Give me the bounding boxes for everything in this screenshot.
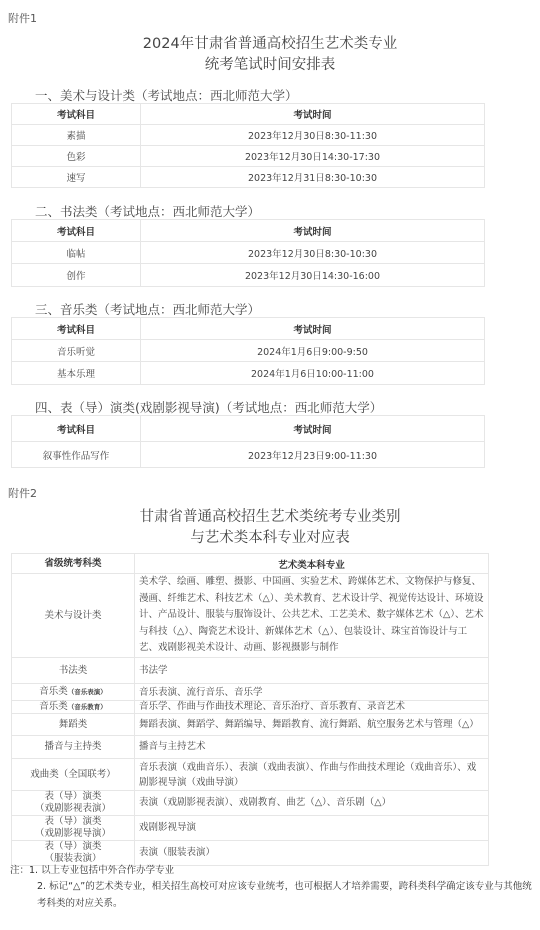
category-label: 戏曲类（全国联考） xyxy=(30,769,116,780)
time-cell: 2023年12月30日14:30-17:30 xyxy=(141,146,485,167)
majors-cell: 播音与主持艺术 xyxy=(135,736,489,759)
majors-cell: 舞蹈表演、舞蹈学、舞蹈编导、舞蹈教育、流行舞蹈、航空服务艺术与管理（△） xyxy=(135,714,489,736)
header-subject: 考试科目 xyxy=(12,318,141,340)
schedule-table-drama-directing: 考试科目 考试时间 叙事性作品写作 2023年12月23日9:00-11:30 xyxy=(11,415,485,468)
table-row: 舞蹈类 舞蹈表演、舞蹈学、舞蹈编导、舞蹈教育、流行舞蹈、航空服务艺术与管理（△） xyxy=(12,714,489,736)
subject-cell: 素描 xyxy=(12,125,141,146)
category-label: 舞蹈类 xyxy=(59,719,88,730)
subject-cell: 基本乐理 xyxy=(12,362,141,385)
category-cell: 美术与设计类 xyxy=(12,574,135,658)
subject-cell: 音乐听觉 xyxy=(12,340,141,362)
category-cell: 表（导）演类（服装表演） xyxy=(12,841,135,866)
table-row: 叙事性作品写作 2023年12月23日9:00-11:30 xyxy=(12,442,485,468)
header-subject: 考试科目 xyxy=(12,416,141,442)
schedule-table-fine-arts: 考试科目 考试时间 素描 2023年12月30日8:30-11:30 色彩 20… xyxy=(11,103,485,188)
majors-cell: 美术学、绘画、雕塑、摄影、中国画、实验艺术、跨媒体艺术、文物保护与修复、漫画、纤… xyxy=(135,574,489,658)
category-cell: 播音与主持类 xyxy=(12,736,135,759)
category-sub-label: （音乐教育） xyxy=(68,703,107,711)
majors-cell: 音乐表演（戏曲音乐）、表演（戏曲表演）、作曲与作曲技术理论（戏曲音乐）、戏剧影视… xyxy=(135,759,489,791)
time-cell: 2023年12月30日14:30-16:00 xyxy=(141,264,485,287)
section-heading-music: 三、音乐类（考试地点：西北师范大学） xyxy=(35,300,260,318)
attachment-2-label: 附件2 xyxy=(8,485,37,501)
category-label: 音乐类 xyxy=(39,701,68,712)
category-label: 表（导）演类 xyxy=(12,816,134,828)
majors-cell: 表演（服装表演） xyxy=(135,841,489,866)
category-label: 音乐类 xyxy=(39,686,68,697)
attachment-1-title-line-1: 2024年甘肃省普通高校招生艺术类专业 xyxy=(0,34,540,54)
subject-cell: 创作 xyxy=(12,264,141,287)
attachment-2-title-line-1: 甘肃省普通高校招生艺术类统考专业类别 xyxy=(0,507,540,527)
table-row: 创作 2023年12月30日14:30-16:00 xyxy=(12,264,485,287)
table-row: 表（导）演类（戏剧影视导演） 戏剧影视导演 xyxy=(12,816,489,841)
majors-cell: 表演（戏剧影视表演）、戏剧教育、曲艺（△）、音乐剧（△） xyxy=(135,791,489,816)
category-sub-label: （音乐表演） xyxy=(68,688,107,696)
category-label: 书法类 xyxy=(59,665,88,676)
header-time: 考试时间 xyxy=(141,220,485,242)
time-cell: 2024年1月6日9:00-9:50 xyxy=(141,340,485,362)
majors-cell: 音乐学、作曲与作曲技术理论、音乐治疗、音乐教育、录音艺术 xyxy=(135,701,489,714)
header-subject: 考试科目 xyxy=(12,104,141,125)
table-row: 播音与主持类 播音与主持艺术 xyxy=(12,736,489,759)
table-header-row: 考试科目 考试时间 xyxy=(12,220,485,242)
category-label: 表（导）演类 xyxy=(12,841,134,853)
table-row: 音乐类（音乐表演） 音乐表演、流行音乐、音乐学 xyxy=(12,684,489,701)
time-cell: 2023年12月30日8:30-11:30 xyxy=(141,125,485,146)
schedule-table-music: 考试科目 考试时间 音乐听觉 2024年1月6日9:00-9:50 基本乐理 2… xyxy=(11,317,485,385)
time-cell: 2024年1月6日10:00-11:00 xyxy=(141,362,485,385)
majors-cell: 戏剧影视导演 xyxy=(135,816,489,841)
table-row: 基本乐理 2024年1月6日10:00-11:00 xyxy=(12,362,485,385)
major-mapping-table: 省级统考科类 艺术类本科专业 美术与设计类 美术学、绘画、雕塑、摄影、中国画、实… xyxy=(11,553,489,866)
table-header-row: 省级统考科类 艺术类本科专业 xyxy=(12,554,489,574)
category-cell: 音乐类（音乐表演） xyxy=(12,684,135,701)
table-row: 表（导）演类（服装表演） 表演（服装表演） xyxy=(12,841,489,866)
category-sub-label: （戏剧影视表演） xyxy=(12,803,134,815)
table-header-row: 考试科目 考试时间 xyxy=(12,104,485,125)
subject-cell: 临帖 xyxy=(12,242,141,264)
table-row: 美术与设计类 美术学、绘画、雕塑、摄影、中国画、实验艺术、跨媒体艺术、文物保护与… xyxy=(12,574,489,658)
category-label: 播音与主持类 xyxy=(44,741,101,752)
note-2: 2. 标记“△”的艺术类专业，相关招生高校可对应该专业统考，也可根据人才培养需要… xyxy=(37,879,532,912)
table-row: 书法类 书法学 xyxy=(12,658,489,684)
table-header-row: 考试科目 考试时间 xyxy=(12,416,485,442)
category-cell: 表（导）演类（戏剧影视表演） xyxy=(12,791,135,816)
attachment-2-title-line-2: 与艺术类本科专业对应表 xyxy=(0,528,540,548)
category-label: 美术与设计类 xyxy=(44,610,101,621)
table-header-row: 考试科目 考试时间 xyxy=(12,318,485,340)
subject-cell: 叙事性作品写作 xyxy=(12,442,141,468)
category-label: 表（导）演类 xyxy=(12,791,134,803)
table-row: 表（导）演类（戏剧影视表演） 表演（戏剧影视表演）、戏剧教育、曲艺（△）、音乐剧… xyxy=(12,791,489,816)
table-row: 音乐类（音乐教育） 音乐学、作曲与作曲技术理论、音乐治疗、音乐教育、录音艺术 xyxy=(12,701,489,714)
header-subject: 考试科目 xyxy=(12,220,141,242)
header-majors: 艺术类本科专业 xyxy=(135,554,489,574)
schedule-table-calligraphy: 考试科目 考试时间 临帖 2023年12月30日8:30-10:30 创作 20… xyxy=(11,219,485,287)
header-time: 考试时间 xyxy=(141,416,485,442)
note-1: 注：1. 以上专业包括中外合作办学专业 xyxy=(10,863,530,880)
table-row: 素描 2023年12月30日8:30-11:30 xyxy=(12,125,485,146)
table-row: 速写 2023年12月31日8:30-10:30 xyxy=(12,167,485,188)
majors-cell: 书法学 xyxy=(135,658,489,684)
attachment-1-title-line-2: 统考笔试时间安排表 xyxy=(0,55,540,75)
time-cell: 2023年12月31日8:30-10:30 xyxy=(141,167,485,188)
section-heading-calligraphy: 二、书法类（考试地点：西北师范大学） xyxy=(35,202,260,220)
category-cell: 舞蹈类 xyxy=(12,714,135,736)
table-row: 色彩 2023年12月30日14:30-17:30 xyxy=(12,146,485,167)
section-heading-drama-directing: 四、表（导）演类(戏剧影视导演)（考试地点：西北师范大学） xyxy=(35,398,382,416)
attachment-1-label: 附件1 xyxy=(8,10,37,26)
subject-cell: 色彩 xyxy=(12,146,141,167)
time-cell: 2023年12月23日9:00-11:30 xyxy=(141,442,485,468)
category-cell: 音乐类（音乐教育） xyxy=(12,701,135,714)
table-row: 戏曲类（全国联考） 音乐表演（戏曲音乐）、表演（戏曲表演）、作曲与作曲技术理论（… xyxy=(12,759,489,791)
category-cell: 表（导）演类（戏剧影视导演） xyxy=(12,816,135,841)
subject-cell: 速写 xyxy=(12,167,141,188)
table-row: 音乐听觉 2024年1月6日9:00-9:50 xyxy=(12,340,485,362)
section-heading-fine-arts: 一、美术与设计类（考试地点：西北师范大学） xyxy=(35,86,298,104)
majors-cell: 音乐表演、流行音乐、音乐学 xyxy=(135,684,489,701)
category-cell: 书法类 xyxy=(12,658,135,684)
header-time: 考试时间 xyxy=(141,318,485,340)
category-cell: 戏曲类（全国联考） xyxy=(12,759,135,791)
table-row: 临帖 2023年12月30日8:30-10:30 xyxy=(12,242,485,264)
header-category: 省级统考科类 xyxy=(12,554,135,574)
header-time: 考试时间 xyxy=(141,104,485,125)
category-sub-label: （戏剧影视导演） xyxy=(12,828,134,840)
time-cell: 2023年12月30日8:30-10:30 xyxy=(141,242,485,264)
